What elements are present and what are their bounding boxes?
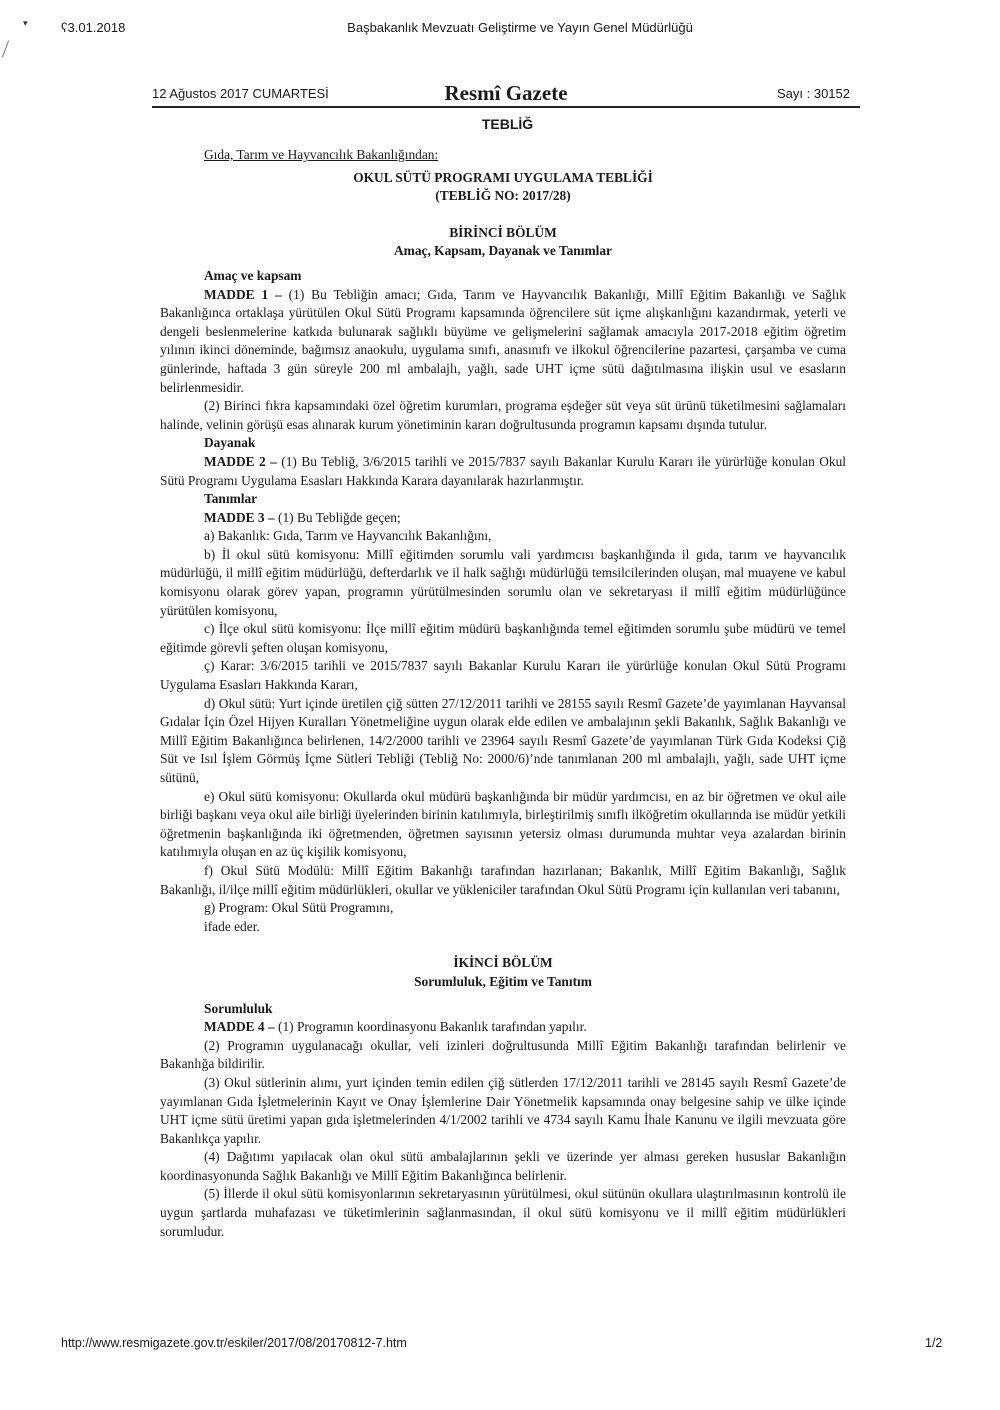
document-body: Gıda, Tarım ve Hayvancılık Bakanlığından… xyxy=(160,146,846,1241)
gazette-header: 12 Ağustos 2017 CUMARTESİ Resmî Gazete S… xyxy=(152,78,860,108)
gazette-issue: Sayı : 30152 xyxy=(777,86,850,101)
gazette-title: Resmî Gazete xyxy=(152,81,860,106)
article-4-label: MADDE 4 – xyxy=(204,1019,275,1034)
section-type: TEBLİĞ xyxy=(0,116,1000,132)
article-4-para-5: (5) İllerde il okul sütü komisyonlarının… xyxy=(160,1185,846,1241)
part2-subheading: Sorumluluk, Eğitim ve Tanıtım xyxy=(160,973,846,992)
doc-number: (TEBLİĞ NO: 2017/28) xyxy=(160,187,846,206)
article-4-para-1: MADDE 4 – (1) Programın koordinasyonu Ba… xyxy=(160,1018,846,1037)
part2-heading: İKİNCİ BÖLÜM xyxy=(160,954,846,973)
ministry-line: Gıda, Tarım ve Hayvancılık Bakanlığından… xyxy=(204,146,846,165)
definitions-closing: ifade eder. xyxy=(160,918,846,937)
article-title-purpose: Amaç ve kapsam xyxy=(160,267,846,286)
article-title-basis: Dayanak xyxy=(160,434,846,453)
scan-artifact-line xyxy=(2,40,9,57)
article-1-para-1: MADDE 1 – (1) Bu Tebliğin amacı; Gıda, T… xyxy=(160,286,846,398)
footer-page-number: 1/2 xyxy=(925,1336,942,1350)
article-3-para-1: MADDE 3 – (1) Bu Tebliğde geçen; xyxy=(160,509,846,528)
footer-url: http://www.resmigazete.gov.tr/eskiler/20… xyxy=(61,1336,407,1350)
article-2-para-1: MADDE 2 – (1) Bu Tebliğ, 3/6/2015 tarihl… xyxy=(160,453,846,490)
definition-c: c) İlçe okul sütü komisyonu: İlçe millî … xyxy=(160,620,846,657)
definition-a: a) Bakanlık: Gıda, Tarım ve Hayvancılık … xyxy=(160,527,846,546)
part1-subheading: Amaç, Kapsam, Dayanak ve Tanımlar xyxy=(160,242,846,261)
article-title-responsibility: Sorumluluk xyxy=(160,1000,846,1019)
article-1-para-2: (2) Birinci fıkra kapsamındaki özel öğre… xyxy=(160,397,846,434)
doc-title: OKUL SÜTÜ PROGRAMI UYGULAMA TEBLİĞİ xyxy=(160,169,846,188)
article-3-label: MADDE 3 – xyxy=(204,510,275,525)
definition-f: f) Okul Sütü Modülü: Millî Eğitim Bakanl… xyxy=(160,862,846,899)
article-4-para-3: (3) Okul sütlerinin alımı, yurt içinden … xyxy=(160,1074,846,1148)
definition-e: e) Okul sütü komisyonu: Okullarda okul m… xyxy=(160,788,846,862)
article-1-label: MADDE 1 – xyxy=(204,287,282,302)
print-source: Başbakanlık Mevzuatı Geliştirme ve Yayın… xyxy=(0,20,1000,35)
definition-c-cedilla: ç) Karar: 3/6/2015 tarihli ve 2015/7837 … xyxy=(160,657,846,694)
article-title-definitions: Tanımlar xyxy=(160,490,846,509)
part1-heading: BİRİNCİ BÖLÜM xyxy=(160,224,846,243)
article-2-label: MADDE 2 – xyxy=(204,454,277,469)
article-4-para-2: (2) Programın uygulanacağı okullar, veli… xyxy=(160,1037,846,1074)
definition-d: d) Okul sütü: Yurt içinde üretilen çiğ s… xyxy=(160,695,846,788)
definition-g: g) Program: Okul Sütü Programını, xyxy=(160,899,846,918)
article-4-para-4: (4) Dağıtımı yapılacak olan okul sütü am… xyxy=(160,1148,846,1185)
definition-b: b) İl okul sütü komisyonu: Millî eğitimd… xyxy=(160,546,846,620)
